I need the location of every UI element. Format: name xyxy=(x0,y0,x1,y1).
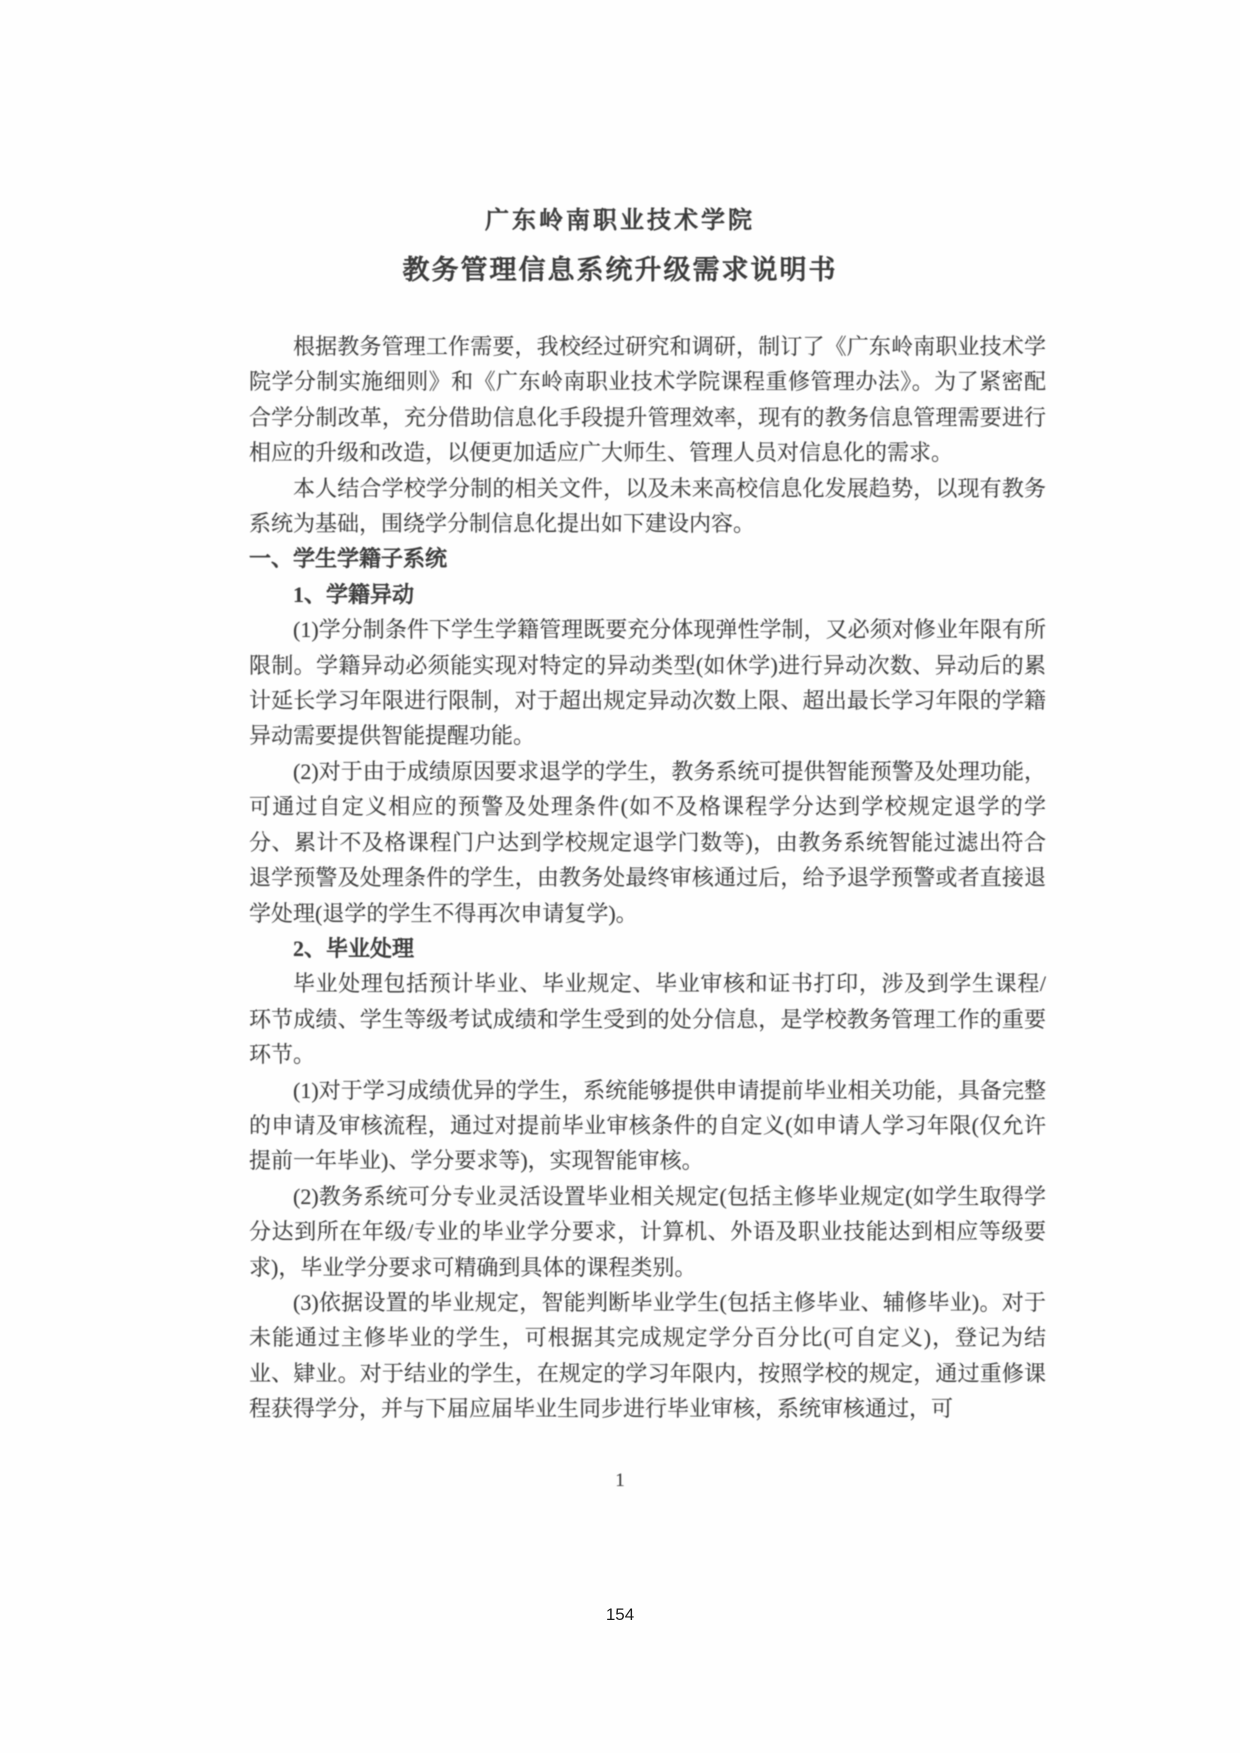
viewer-page-number: 154 xyxy=(0,1603,1240,1627)
document-page: 广东岭南职业技术学院 教务管理信息系统升级需求说明书 根据教务管理工作需要，我校… xyxy=(0,0,1240,1753)
document-heading: 一、学生学籍子系统 xyxy=(249,541,1046,576)
document-heading: 1、学籍异动 xyxy=(249,577,1046,612)
document-paragraph: (1)学分制条件下学生学籍管理既要充分体现弹性学制，又必须对修业年限有所限制。学… xyxy=(249,612,1046,754)
document-paragraph: 本人结合学校学分制的相关文件，以及未来高校信息化发展趋势，以现有教务系统为基础，… xyxy=(249,471,1046,542)
document-title-main: 教务管理信息系统升级需求说明书 xyxy=(0,253,1240,287)
document-heading: 2、毕业处理 xyxy=(249,931,1046,966)
document-paragraph: (1)对于学习成绩优异的学生，系统能够提供申请提前毕业相关功能，具备完整的申请及… xyxy=(249,1073,1046,1179)
document-title-organization: 广东岭南职业技术学院 xyxy=(0,205,1240,237)
scanned-page-number: 1 xyxy=(0,1468,1240,1494)
document-paragraph: 根据教务管理工作需要，我校经过研究和调研，制订了《广东岭南职业技术学院学分制实施… xyxy=(249,329,1046,471)
document-paragraph: 毕业处理包括预计毕业、毕业规定、毕业审核和证书打印，涉及到学生课程/环节成绩、学… xyxy=(249,966,1046,1072)
document-paragraph: (2)对于由于成绩原因要求退学的学生，教务系统可提供智能预警及处理功能，可通过自… xyxy=(249,754,1046,931)
document-paragraph: (2)教务系统可分专业灵活设置毕业相关规定(包括主修毕业规定(如学生取得学分达到… xyxy=(249,1179,1046,1285)
document-paragraph: (3)依据设置的毕业规定，智能判断毕业学生(包括主修毕业、辅修毕业)。对于未能通… xyxy=(249,1285,1046,1427)
document-body: 根据教务管理工作需要，我校经过研究和调研，制订了《广东岭南职业技术学院学分制实施… xyxy=(249,329,1046,1427)
document-title-block: 广东岭南职业技术学院 教务管理信息系统升级需求说明书 xyxy=(0,205,1240,287)
